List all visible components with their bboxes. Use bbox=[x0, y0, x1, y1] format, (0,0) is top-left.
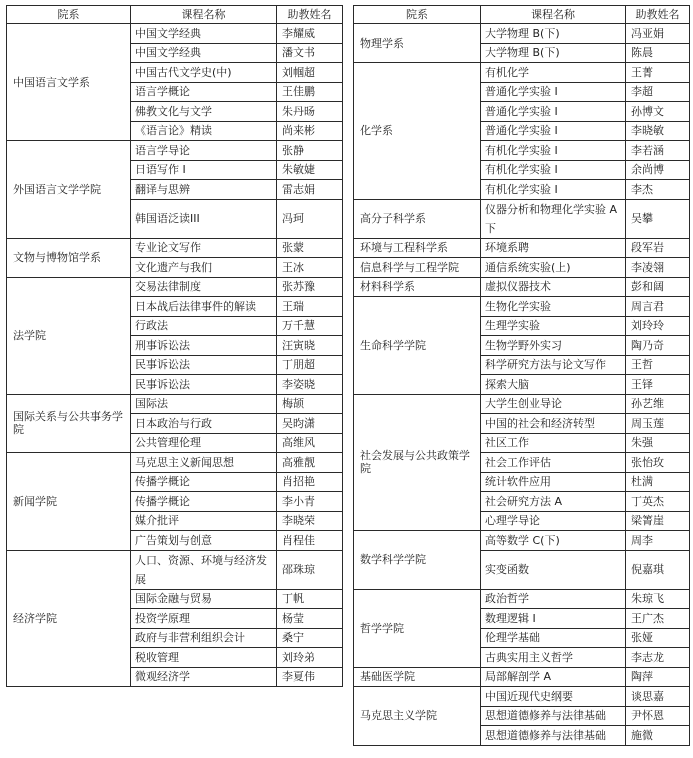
ta-name-cell: 吴攀 bbox=[626, 199, 690, 238]
course-cell: 专业论文写作 bbox=[131, 238, 277, 258]
course-cell: 统计软件应用 bbox=[481, 472, 626, 492]
course-cell: 政府与非营利组织会计 bbox=[131, 628, 277, 648]
ta-name-cell: 周言君 bbox=[626, 297, 690, 317]
course-cell: 有机化学实验 I bbox=[481, 141, 626, 161]
header-department: 院系 bbox=[354, 6, 481, 24]
table-row: 外国语言文学学院语言学导论张静 bbox=[7, 141, 343, 161]
ta-name-cell: 肖招艳 bbox=[277, 472, 343, 492]
department-cell: 材料科学系 bbox=[354, 277, 481, 297]
table-row: 马克思主义学院中国近现代史纲要谈思嘉 bbox=[354, 687, 690, 707]
ta-name-cell: 张苏豫 bbox=[277, 277, 343, 297]
department-cell: 国际关系与公共事务学院 bbox=[7, 394, 131, 453]
course-cell: 仪器分析和物理化学实验 A 下 bbox=[481, 199, 626, 238]
ta-name-cell: 桑宁 bbox=[277, 628, 343, 648]
course-cell: 税收管理 bbox=[131, 648, 277, 668]
course-cell: 普通化学实验 I bbox=[481, 121, 626, 141]
course-cell: 《语言论》精读 bbox=[131, 121, 277, 141]
ta-name-cell: 彭和阔 bbox=[626, 277, 690, 297]
course-cell: 有机化学 bbox=[481, 63, 626, 83]
department-cell: 法学院 bbox=[7, 277, 131, 394]
ta-name-cell: 高雅靓 bbox=[277, 453, 343, 473]
course-cell: 日本战后法律事件的解读 bbox=[131, 297, 277, 317]
ta-name-cell: 朱敏婕 bbox=[277, 160, 343, 180]
department-cell: 基础医学院 bbox=[354, 667, 481, 687]
ta-name-cell: 周李 bbox=[626, 531, 690, 551]
course-cell: 中国文学经典 bbox=[131, 24, 277, 44]
table-row: 文物与博物馆学系专业论文写作张蒙 bbox=[7, 238, 343, 258]
ta-name-cell: 尚来彬 bbox=[277, 121, 343, 141]
table-row: 社会发展与公共政策学院大学生创业导论孙艺维 bbox=[354, 394, 690, 414]
ta-name-cell: 邵珠琼 bbox=[277, 550, 343, 589]
table-row: 信息科学与工程学院通信系统实验(上)李凌翎 bbox=[354, 258, 690, 278]
ta-name-cell: 杜满 bbox=[626, 472, 690, 492]
department-cell: 哲学学院 bbox=[354, 589, 481, 667]
ta-name-cell: 丁朋超 bbox=[277, 355, 343, 375]
course-cell: 中国文学经典 bbox=[131, 43, 277, 63]
ta-name-cell: 雷志娟 bbox=[277, 180, 343, 200]
ta-name-cell: 高维风 bbox=[277, 433, 343, 453]
course-cell: 社区工作 bbox=[481, 433, 626, 453]
course-cell: 探索大脑 bbox=[481, 375, 626, 395]
course-cell: 大学生创业导论 bbox=[481, 394, 626, 414]
course-cell: 科学研究方法与论文写作 bbox=[481, 355, 626, 375]
ta-name-cell: 万千慧 bbox=[277, 316, 343, 336]
course-cell: 国际法 bbox=[131, 394, 277, 414]
ta-name-cell: 冯亚娟 bbox=[626, 24, 690, 44]
ta-name-cell: 汪寅晓 bbox=[277, 336, 343, 356]
ta-name-cell: 张静 bbox=[277, 141, 343, 161]
ta-table-left: 院系 课程名称 助教姓名 中国语言文学系中国文学经典李耀威中国文学经典潘文书中国… bbox=[6, 5, 343, 687]
ta-table-right: 院系 课程名称 助教姓名 物理学系大学物理 B(下)冯亚娟大学物理 B(下)陈晨… bbox=[353, 5, 690, 746]
course-cell: 中国古代文学史(中) bbox=[131, 63, 277, 83]
ta-name-cell: 冯珂 bbox=[277, 199, 343, 238]
ta-name-cell: 肖程佳 bbox=[277, 531, 343, 551]
table-row: 生命科学学院生物化学实验周言君 bbox=[354, 297, 690, 317]
course-cell: 高等数学 C(下) bbox=[481, 531, 626, 551]
course-cell: 大学物理 B(下) bbox=[481, 43, 626, 63]
course-cell: 媒介批评 bbox=[131, 511, 277, 531]
ta-name-cell: 李凌翎 bbox=[626, 258, 690, 278]
ta-name-cell: 李晓荣 bbox=[277, 511, 343, 531]
header-course: 课程名称 bbox=[481, 6, 626, 24]
ta-name-cell: 杨莹 bbox=[277, 609, 343, 629]
course-cell: 语言学导论 bbox=[131, 141, 277, 161]
ta-name-cell: 李小青 bbox=[277, 492, 343, 512]
course-cell: 生物化学实验 bbox=[481, 297, 626, 317]
department-cell: 文物与博物馆学系 bbox=[7, 238, 131, 277]
course-cell: 日本政治与行政 bbox=[131, 414, 277, 434]
course-cell: 交易法律制度 bbox=[131, 277, 277, 297]
table-row: 法学院交易法律制度张苏豫 bbox=[7, 277, 343, 297]
department-cell: 经济学院 bbox=[7, 550, 131, 687]
ta-name-cell: 刘帼超 bbox=[277, 63, 343, 83]
ta-name-cell: 刘玲玲 bbox=[626, 316, 690, 336]
course-cell: 日语写作 I bbox=[131, 160, 277, 180]
ta-name-cell: 朱强 bbox=[626, 433, 690, 453]
ta-name-cell: 陶萍 bbox=[626, 667, 690, 687]
course-cell: 刑事诉讼法 bbox=[131, 336, 277, 356]
course-cell: 语言学概论 bbox=[131, 82, 277, 102]
table-row: 材料科学系虚拟仪器技术彭和阔 bbox=[354, 277, 690, 297]
table-body: 物理学系大学物理 B(下)冯亚娟大学物理 B(下)陈晨化学系有机化学王菁普通化学… bbox=[354, 24, 690, 746]
course-cell: 韩国语泛读III bbox=[131, 199, 277, 238]
table-row: 基础医学院局部解剖学 A陶萍 bbox=[354, 667, 690, 687]
course-cell: 通信系统实验(上) bbox=[481, 258, 626, 278]
ta-name-cell: 李杰 bbox=[626, 180, 690, 200]
course-cell: 行政法 bbox=[131, 316, 277, 336]
header-course: 课程名称 bbox=[131, 6, 277, 24]
course-cell: 普通化学实验 I bbox=[481, 102, 626, 122]
ta-name-cell: 王菁 bbox=[626, 63, 690, 83]
ta-name-cell: 李超 bbox=[626, 82, 690, 102]
ta-name-cell: 王哲 bbox=[626, 355, 690, 375]
table-row: 数学科学学院高等数学 C(下)周李 bbox=[354, 531, 690, 551]
ta-name-cell: 王广杰 bbox=[626, 609, 690, 629]
ta-name-cell: 倪嘉琪 bbox=[626, 550, 690, 589]
ta-name-cell: 潘文书 bbox=[277, 43, 343, 63]
department-cell: 化学系 bbox=[354, 63, 481, 200]
ta-name-cell: 王佳鹏 bbox=[277, 82, 343, 102]
course-cell: 虚拟仪器技术 bbox=[481, 277, 626, 297]
ta-name-cell: 梅颉 bbox=[277, 394, 343, 414]
course-cell: 社会工作评估 bbox=[481, 453, 626, 473]
table-row: 国际关系与公共事务学院国际法梅颉 bbox=[7, 394, 343, 414]
ta-name-cell: 丁帆 bbox=[277, 589, 343, 609]
course-cell: 文化遗产与我们 bbox=[131, 258, 277, 278]
ta-name-cell: 孙艺维 bbox=[626, 394, 690, 414]
ta-name-cell: 陶乃奇 bbox=[626, 336, 690, 356]
course-cell: 国际金融与贸易 bbox=[131, 589, 277, 609]
course-cell: 公共管理伦理 bbox=[131, 433, 277, 453]
table-row: 中国语言文学系中国文学经典李耀威 bbox=[7, 24, 343, 44]
course-cell: 佛教文化与文学 bbox=[131, 102, 277, 122]
ta-name-cell: 陈晨 bbox=[626, 43, 690, 63]
department-cell: 社会发展与公共政策学院 bbox=[354, 394, 481, 531]
course-cell: 中国近现代史纲要 bbox=[481, 687, 626, 707]
table-row: 物理学系大学物理 B(下)冯亚娟 bbox=[354, 24, 690, 44]
header-department: 院系 bbox=[7, 6, 131, 24]
course-cell: 广告策划与创意 bbox=[131, 531, 277, 551]
ta-name-cell: 王冰 bbox=[277, 258, 343, 278]
course-cell: 民事诉讼法 bbox=[131, 355, 277, 375]
course-cell: 中国的社会和经济转型 bbox=[481, 414, 626, 434]
department-cell: 信息科学与工程学院 bbox=[354, 258, 481, 278]
ta-name-cell: 李志龙 bbox=[626, 648, 690, 668]
course-cell: 思想道德修养与法律基础 bbox=[481, 726, 626, 746]
course-cell: 生物学野外实习 bbox=[481, 336, 626, 356]
department-cell: 数学科学学院 bbox=[354, 531, 481, 590]
course-cell: 环境系聘 bbox=[481, 238, 626, 258]
table-row: 新闻学院马克思主义新闻思想高雅靓 bbox=[7, 453, 343, 473]
table-row: 环境与工程科学系环境系聘段军岩 bbox=[354, 238, 690, 258]
table-body: 中国语言文学系中国文学经典李耀威中国文学经典潘文书中国古代文学史(中)刘帼超语言… bbox=[7, 24, 343, 687]
department-cell: 物理学系 bbox=[354, 24, 481, 63]
course-cell: 传播学概论 bbox=[131, 492, 277, 512]
ta-name-cell: 李若涵 bbox=[626, 141, 690, 161]
ta-name-cell: 朱丹旸 bbox=[277, 102, 343, 122]
ta-name-cell: 梁箐崖 bbox=[626, 511, 690, 531]
course-cell: 心理学导论 bbox=[481, 511, 626, 531]
course-cell: 政治哲学 bbox=[481, 589, 626, 609]
course-cell: 大学物理 B(下) bbox=[481, 24, 626, 44]
course-cell: 实变函数 bbox=[481, 550, 626, 589]
ta-name-cell: 尹怀恩 bbox=[626, 706, 690, 726]
ta-name-cell: 丁英杰 bbox=[626, 492, 690, 512]
department-cell: 生命科学学院 bbox=[354, 297, 481, 395]
table-row: 哲学学院政治哲学朱琼飞 bbox=[354, 589, 690, 609]
ta-name-cell: 刘玲弟 bbox=[277, 648, 343, 668]
course-cell: 数理逻辑 I bbox=[481, 609, 626, 629]
ta-name-cell: 段军岩 bbox=[626, 238, 690, 258]
ta-name-cell: 李姿晓 bbox=[277, 375, 343, 395]
ta-name-cell: 吴昀潇 bbox=[277, 414, 343, 434]
department-cell: 高分子科学系 bbox=[354, 199, 481, 238]
department-cell: 中国语言文学系 bbox=[7, 24, 131, 141]
ta-name-cell: 王铎 bbox=[626, 375, 690, 395]
ta-name-cell: 余尚博 bbox=[626, 160, 690, 180]
header-row: 院系 课程名称 助教姓名 bbox=[354, 6, 690, 24]
department-cell: 外国语言文学学院 bbox=[7, 141, 131, 239]
ta-name-cell: 孙博文 bbox=[626, 102, 690, 122]
course-cell: 有机化学实验 I bbox=[481, 180, 626, 200]
course-cell: 普通化学实验 I bbox=[481, 82, 626, 102]
ta-name-cell: 张怡玫 bbox=[626, 453, 690, 473]
course-cell: 有机化学实验 I bbox=[481, 160, 626, 180]
header-row: 院系 课程名称 助教姓名 bbox=[7, 6, 343, 24]
ta-name-cell: 李晓敏 bbox=[626, 121, 690, 141]
ta-name-cell: 张娅 bbox=[626, 628, 690, 648]
table-row: 经济学院人口、资源、环境与经济发展邵珠琼 bbox=[7, 550, 343, 589]
ta-name-cell: 张蒙 bbox=[277, 238, 343, 258]
course-cell: 人口、资源、环境与经济发展 bbox=[131, 550, 277, 589]
ta-name-cell: 李夏伟 bbox=[277, 667, 343, 687]
course-cell: 古典实用主义哲学 bbox=[481, 648, 626, 668]
course-cell: 社会研究方法 A bbox=[481, 492, 626, 512]
ta-name-cell: 周玉莲 bbox=[626, 414, 690, 434]
header-ta: 助教姓名 bbox=[626, 6, 690, 24]
header-ta: 助教姓名 bbox=[277, 6, 343, 24]
department-cell: 新闻学院 bbox=[7, 453, 131, 551]
ta-name-cell: 谈思嘉 bbox=[626, 687, 690, 707]
course-cell: 微观经济学 bbox=[131, 667, 277, 687]
course-cell: 思想道德修养与法律基础 bbox=[481, 706, 626, 726]
ta-name-cell: 朱琼飞 bbox=[626, 589, 690, 609]
ta-name-cell: 施微 bbox=[626, 726, 690, 746]
course-cell: 投资学原理 bbox=[131, 609, 277, 629]
course-cell: 传播学概论 bbox=[131, 472, 277, 492]
course-cell: 翻译与思辨 bbox=[131, 180, 277, 200]
table-row: 高分子科学系仪器分析和物理化学实验 A 下吴攀 bbox=[354, 199, 690, 238]
course-cell: 民事诉讼法 bbox=[131, 375, 277, 395]
course-cell: 伦理学基础 bbox=[481, 628, 626, 648]
ta-name-cell: 李耀威 bbox=[277, 24, 343, 44]
ta-name-cell: 王瑞 bbox=[277, 297, 343, 317]
department-cell: 马克思主义学院 bbox=[354, 687, 481, 746]
department-cell: 环境与工程科学系 bbox=[354, 238, 481, 258]
table-row: 化学系有机化学王菁 bbox=[354, 63, 690, 83]
course-cell: 局部解剖学 A bbox=[481, 667, 626, 687]
course-cell: 马克思主义新闻思想 bbox=[131, 453, 277, 473]
course-cell: 生理学实验 bbox=[481, 316, 626, 336]
